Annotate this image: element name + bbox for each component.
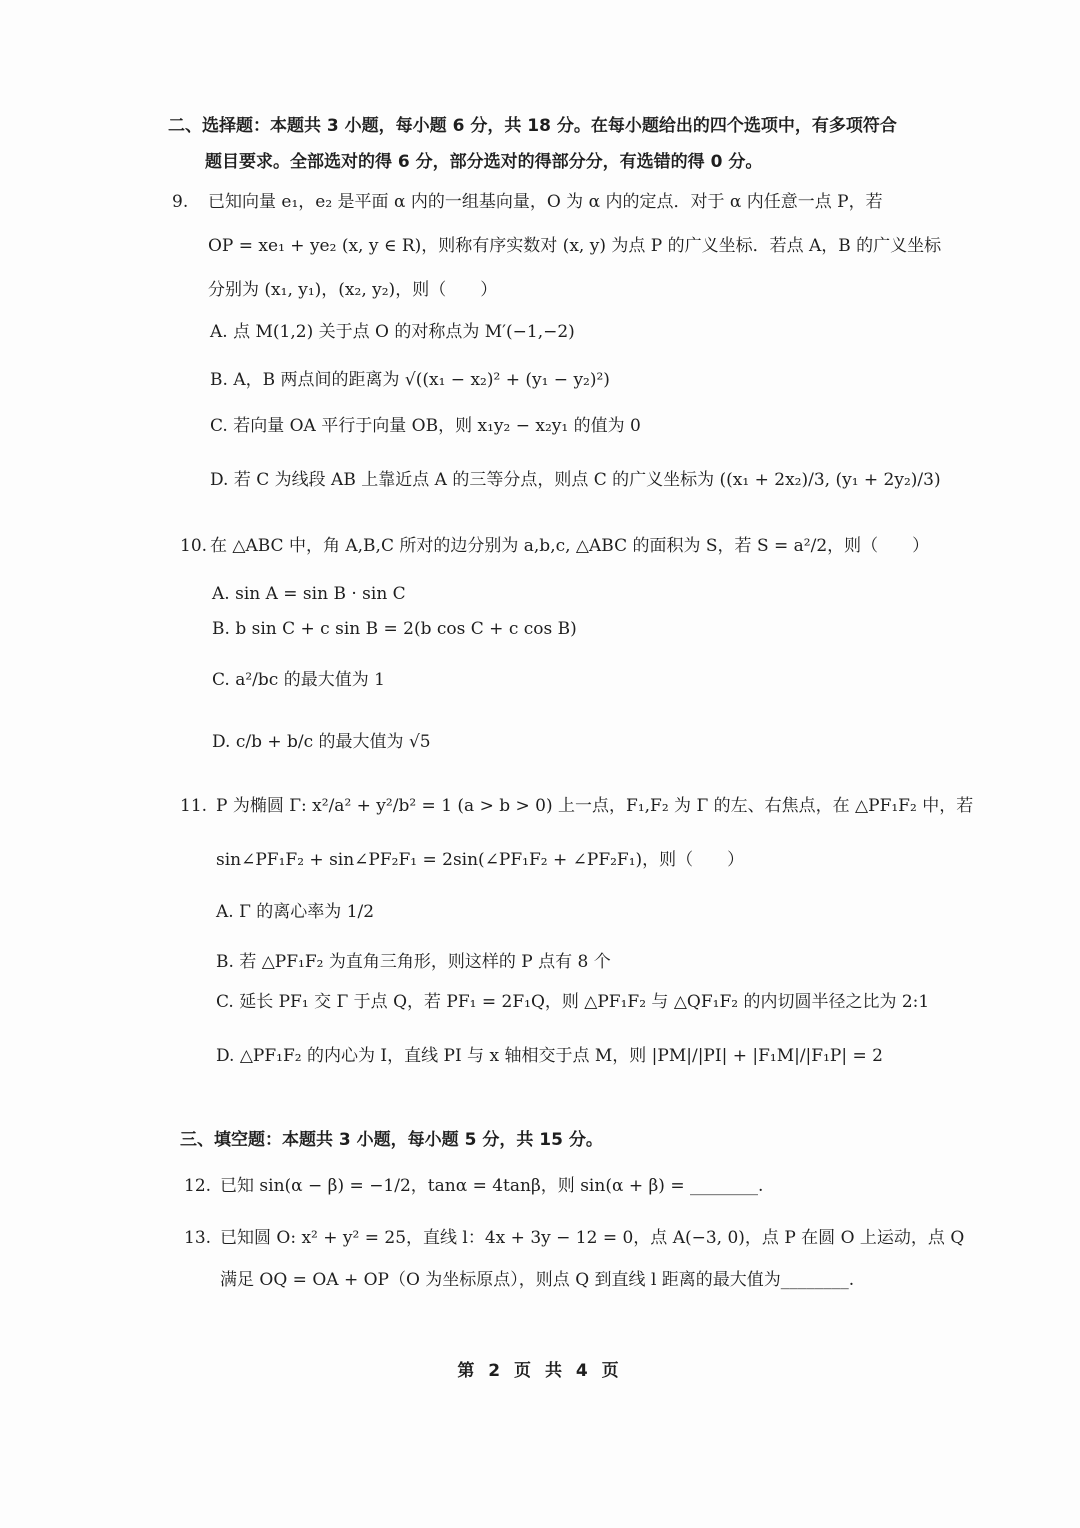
- option-label: B.: [216, 952, 234, 972]
- q11-stem-line2: sin∠PF₁F₂ + sin∠PF₂F₁ = 2sin(∠PF₁F₂ + ∠P…: [216, 848, 744, 872]
- section3-heading: 三、填空题：本题共 3 小题，每小题 5 分，共 15 分。: [180, 1128, 603, 1152]
- q12-number: 12.: [184, 1174, 211, 1198]
- q10-option-b: B. b sin C + c sin B = 2(b cos C + c cos…: [212, 617, 577, 641]
- q10-number: 10.: [180, 534, 207, 558]
- q11-option-c: C. 延长 PF₁ 交 Γ 于点 Q，若 PF₁ = 2F₁Q，则 △PF₁F₂…: [216, 990, 929, 1014]
- option-text: 点 M(1,2) 关于点 O 的对称点为 M′(−1,−2): [233, 322, 575, 342]
- option-text: 若 C 为线段 AB 上靠近点 A 的三等分点，则点 C 的广义坐标为 ((x₁…: [234, 470, 941, 490]
- option-text: △PF₁F₂ 的内心为 I，直线 PI 与 x 轴相交于点 M，则 |PM|/|…: [240, 1046, 883, 1066]
- option-text: sin A = sin B · sin C: [235, 584, 406, 604]
- option-text: c/b + b/c 的最大值为 √5: [236, 732, 431, 752]
- page-number: 第 2 页 共 4 页: [0, 1356, 1080, 1381]
- option-label: C.: [216, 992, 234, 1012]
- section2-heading-line1: 二、选择题：本题共 3 小题，每小题 6 分，共 18 分。在每小题给出的四个选…: [168, 114, 897, 138]
- q9-option-a: A. 点 M(1,2) 关于点 O 的对称点为 M′(−1,−2): [210, 320, 575, 344]
- option-label: B.: [212, 619, 230, 639]
- q9-number: 9.: [172, 190, 188, 214]
- option-label: A.: [210, 322, 228, 342]
- option-label: D.: [210, 470, 228, 490]
- q10-option-d: D. c/b + b/c 的最大值为 √5: [212, 730, 431, 754]
- option-text: 延长 PF₁ 交 Γ 于点 Q，若 PF₁ = 2F₁Q，则 △PF₁F₂ 与 …: [239, 992, 929, 1012]
- q13-number: 13.: [184, 1226, 211, 1250]
- option-text: 若 △PF₁F₂ 为直角三角形，则这样的 P 点有 8 个: [239, 952, 610, 972]
- option-label: D.: [216, 1046, 234, 1066]
- q11-option-d: D. △PF₁F₂ 的内心为 I，直线 PI 与 x 轴相交于点 M，则 |PM…: [216, 1044, 883, 1068]
- q10-option-a: A. sin A = sin B · sin C: [212, 582, 406, 606]
- q9-option-d: D. 若 C 为线段 AB 上靠近点 A 的三等分点，则点 C 的广义坐标为 (…: [210, 468, 941, 492]
- option-label: C.: [212, 670, 230, 690]
- q10-option-c: C. a²/bc 的最大值为 1: [212, 668, 385, 692]
- option-text: A，B 两点间的距离为 √((x₁ − x₂)² + (y₁ − y₂)²): [233, 370, 610, 390]
- q13-line2[interactable]: 满足 OQ = OA + OP（O 为坐标原点），则点 Q 到直线 l 距离的最…: [220, 1268, 854, 1292]
- q9-stem-line2: OP = xe₁ + ye₂ (x, y ∈ R)，则称有序实数对 (x, y)…: [208, 234, 941, 258]
- q11-option-b: B. 若 △PF₁F₂ 为直角三角形，则这样的 P 点有 8 个: [216, 950, 611, 974]
- q10-stem: 在 △ABC 中，角 A,B,C 所对的边分别为 a,b,c, △ABC 的面积…: [210, 534, 929, 558]
- q9-stem-line3: 分别为 (x₁, y₁)，(x₂, y₂)，则（ ）: [208, 278, 497, 302]
- q11-stem-line1: P 为椭圆 Γ: x²/a² + y²/b² = 1 (a > b > 0) 上…: [216, 794, 973, 818]
- option-label: D.: [212, 732, 230, 752]
- option-text: a²/bc 的最大值为 1: [235, 670, 385, 690]
- q9-option-c: C. 若向量 OA 平行于向量 OB，则 x₁y₂ − x₂y₁ 的值为 0: [210, 414, 641, 438]
- option-label: B.: [210, 370, 228, 390]
- q9-option-b: B. A，B 两点间的距离为 √((x₁ − x₂)² + (y₁ − y₂)²…: [210, 368, 610, 392]
- option-text: 若向量 OA 平行于向量 OB，则 x₁y₂ − x₂y₁ 的值为 0: [233, 416, 641, 436]
- option-text: b sin C + c sin B = 2(b cos C + c cos B): [235, 619, 576, 639]
- q12-text[interactable]: 已知 sin(α − β) = −1/2，tanα = 4tanβ，则 sin(…: [220, 1174, 763, 1198]
- q13-line1: 已知圆 O: x² + y² = 25，直线 l：4x + 3y − 12 = …: [220, 1226, 964, 1250]
- option-text: Γ 的离心率为 1/2: [239, 902, 374, 922]
- option-label: A.: [212, 584, 230, 604]
- option-label: A.: [216, 902, 234, 922]
- q11-option-a: A. Γ 的离心率为 1/2: [216, 900, 374, 924]
- q11-number: 11.: [180, 794, 207, 818]
- q9-stem-line1: 已知向量 e₁，e₂ 是平面 α 内的一组基向量，O 为 α 内的定点．对于 α…: [208, 190, 883, 214]
- option-label: C.: [210, 416, 228, 436]
- section2-heading-line2: 题目要求。全部选对的得 6 分，部分选对的得部分分，有选错的得 0 分。: [205, 150, 762, 174]
